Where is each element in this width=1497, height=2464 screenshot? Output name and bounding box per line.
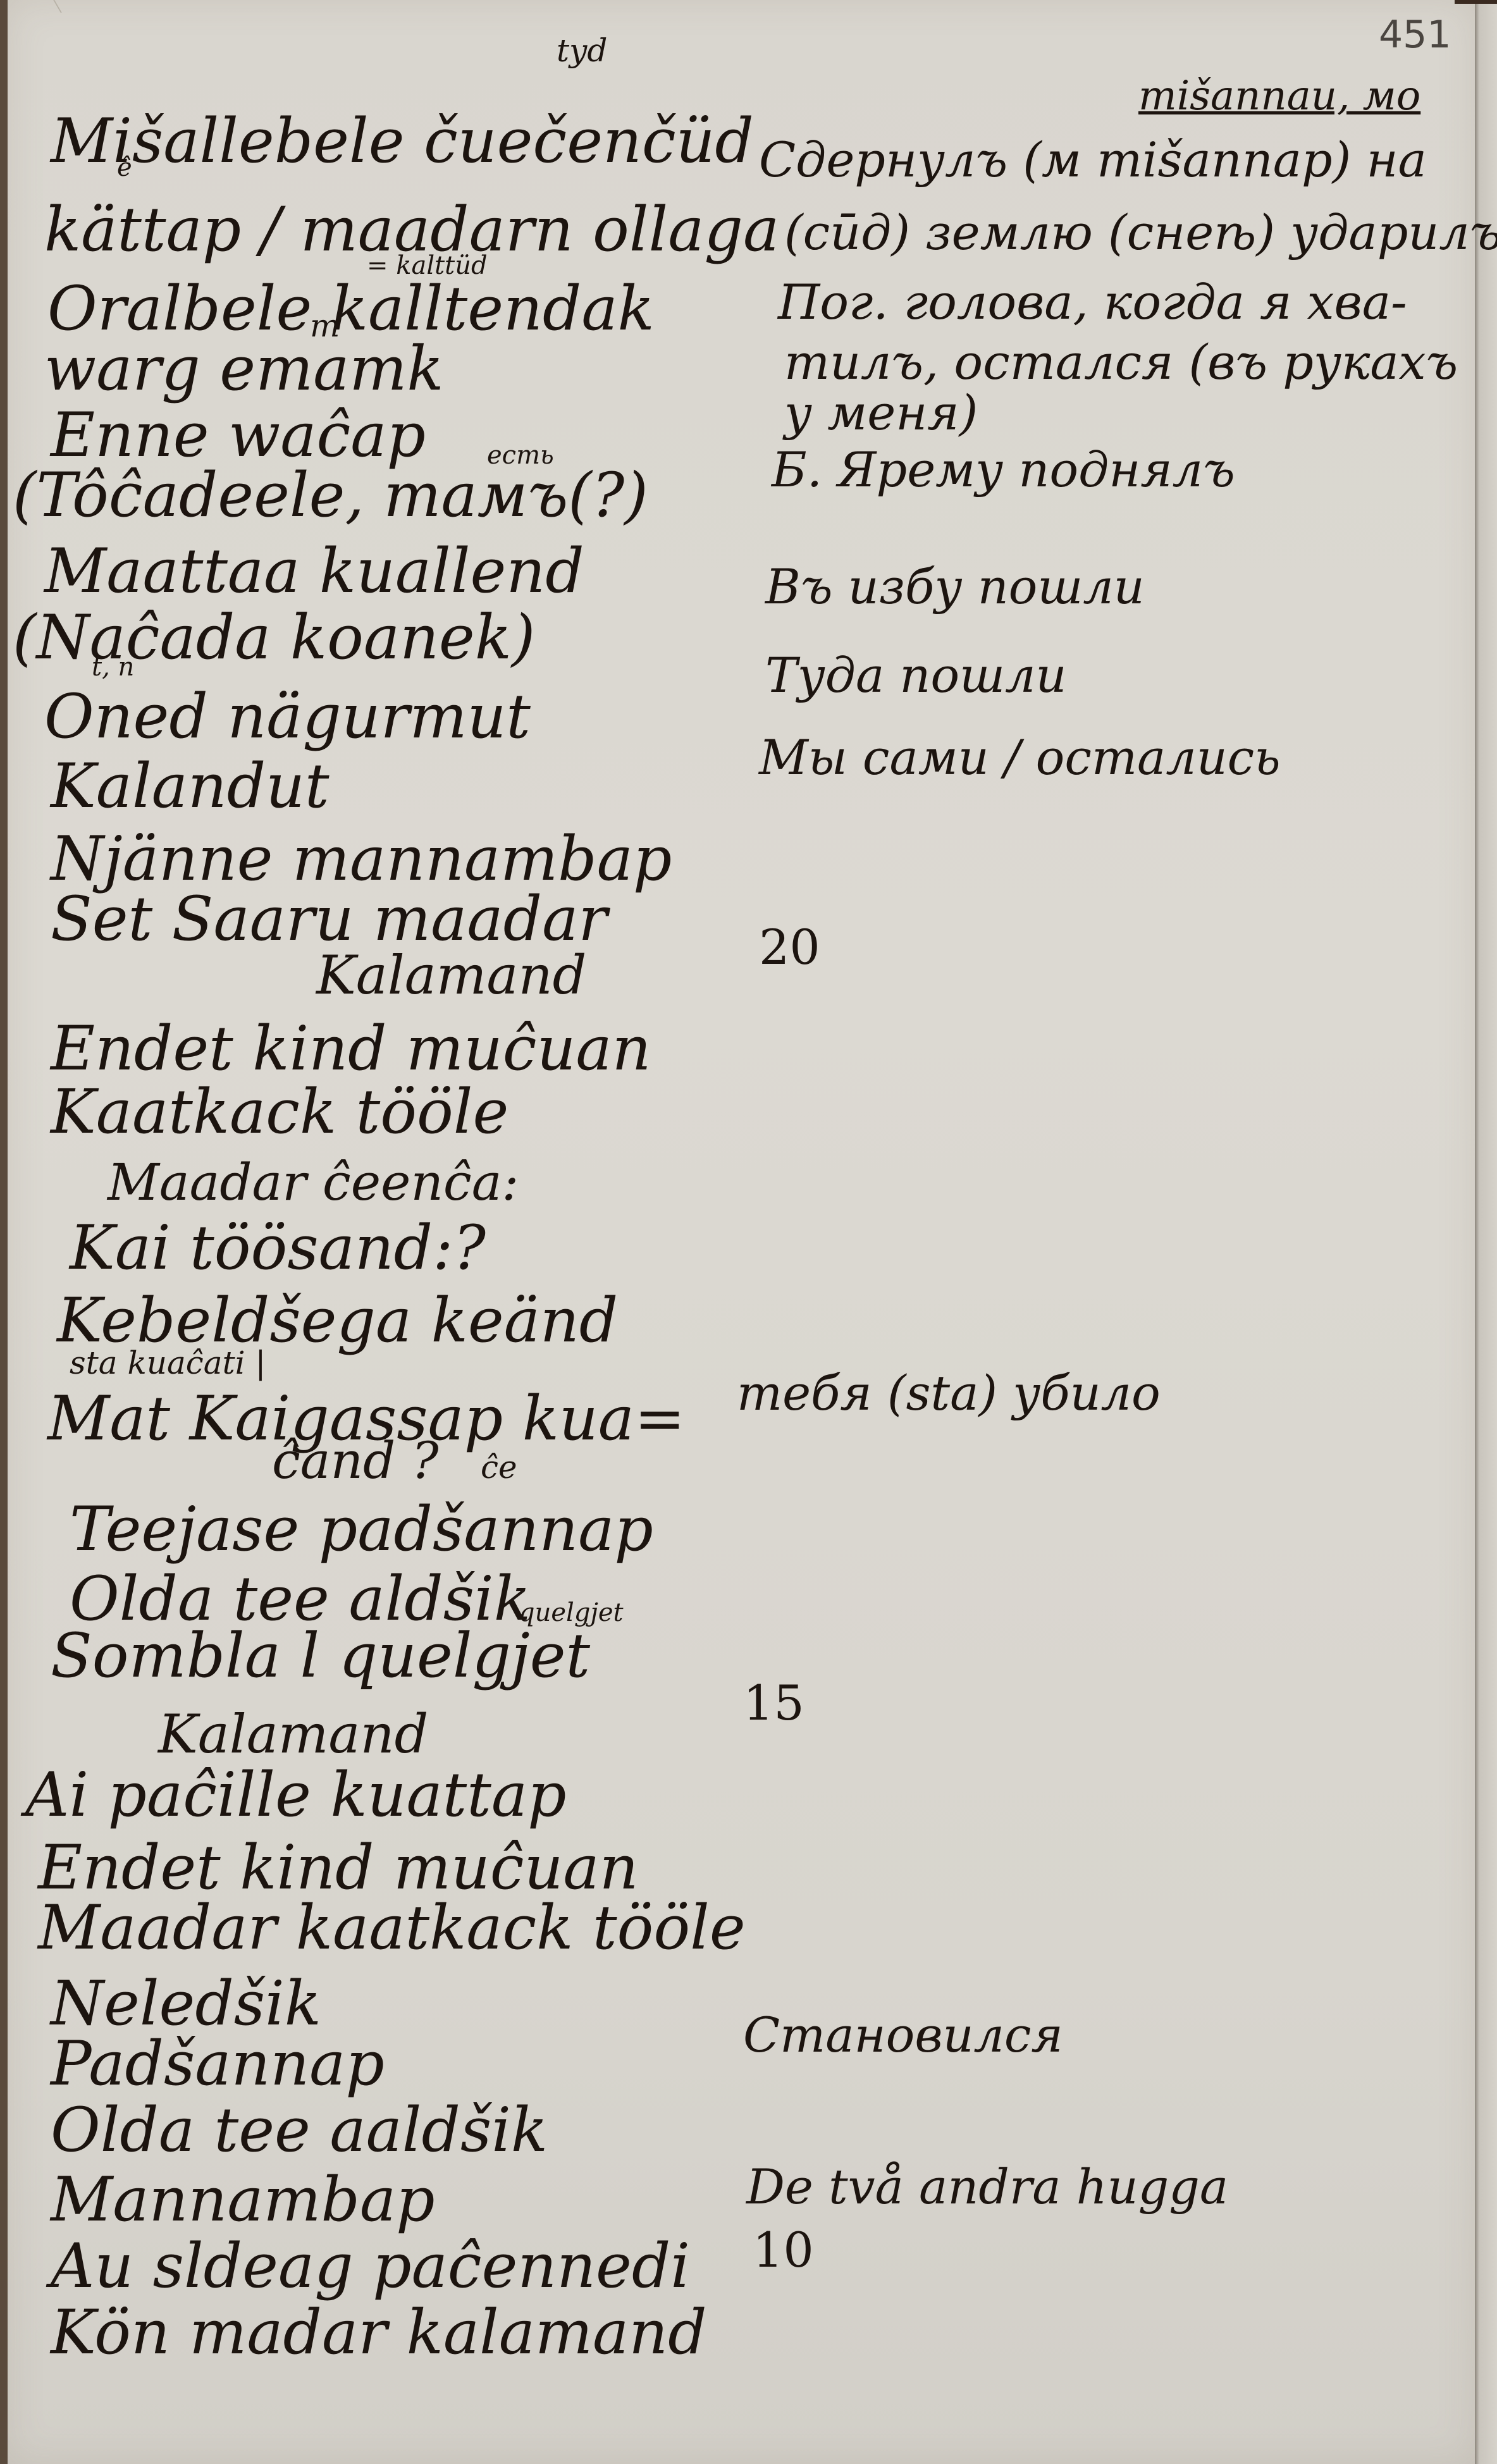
manuscript-line: (Tôĉadeele, тамъ(?) bbox=[13, 465, 648, 526]
manuscript-line: Maadar kaatkack tööle bbox=[38, 1897, 746, 1958]
manuscript-line: Kön madar kalamand bbox=[51, 2302, 707, 2363]
manuscript-line: Olda tee aaldšik bbox=[51, 2100, 548, 2160]
manuscript-line: Mišallebele čuečenčüd bbox=[51, 111, 754, 171]
manuscript-line: Set Saaru maadar bbox=[51, 889, 607, 949]
manuscript-line: Neledšik bbox=[51, 1973, 321, 2034]
gloss-line: Въ избу пошли bbox=[765, 563, 1145, 611]
gloss-line: у меня) bbox=[784, 389, 978, 437]
manuscript-line: Ai paĉille kuattap bbox=[25, 1765, 567, 1825]
gloss-line: De två andra hugga bbox=[746, 2163, 1228, 2211]
interlinear-note: t, n bbox=[92, 655, 134, 680]
manuscript-line: Kalamand bbox=[316, 949, 586, 1002]
manuscript-line: Kaatkack tööle bbox=[51, 1081, 508, 1142]
manuscript-line: Enne waĉap bbox=[51, 405, 426, 465]
gloss-line: Пог. голова, когда я хва- bbox=[778, 278, 1407, 326]
gloss-line: (сӣд) землю (снеѣ) ударилъ bbox=[784, 209, 1497, 257]
gloss-line: Б. Ярему поднялъ bbox=[772, 446, 1235, 494]
manuscript-line: Maadar ĉeenĉa: bbox=[108, 1157, 519, 1208]
manuscript-line: Oralbele kalltendak bbox=[47, 278, 655, 339]
page-number: 451 bbox=[1379, 13, 1451, 57]
line-count-marker: 10 bbox=[753, 2226, 814, 2274]
binding-edge bbox=[1455, 0, 1497, 4]
manuscript-line: Kebeldšega kеänd bbox=[57, 1290, 618, 1351]
manuscript-line: Padšannap bbox=[51, 2033, 385, 2094]
manuscript-line: Endet kind muĉuan bbox=[51, 1018, 651, 1079]
manuscript-line: Njänne mannambap bbox=[51, 829, 672, 889]
gloss-line: тебя (sta) убило bbox=[737, 1369, 1161, 1417]
manuscript-line: Teejase padšannap bbox=[70, 1499, 653, 1560]
manuscript-line: sta kuaĉati | bbox=[70, 1347, 266, 1379]
gloss-line: Туда пошли bbox=[765, 651, 1066, 699]
gloss-line: тилъ, остался (въ рукахъ bbox=[784, 338, 1458, 386]
line-count-marker: 20 bbox=[759, 923, 820, 971]
manuscript-line: Kalandut bbox=[51, 756, 330, 816]
gloss-line: Сдернулъ (м mišannap) на bbox=[759, 136, 1427, 184]
manuscript-line: Au sldeag paĉennedi bbox=[51, 2236, 690, 2296]
manuscript-line: Oned nägurmut bbox=[44, 686, 531, 747]
manuscript-line: warg emamk bbox=[44, 338, 444, 399]
manuscript-line: Kalamand bbox=[158, 1708, 428, 1761]
manuscript-line: Mannambap bbox=[51, 2169, 435, 2230]
manuscript-line: Sombla l quelgjet bbox=[51, 1625, 590, 1686]
gloss-line: Становился bbox=[743, 2011, 1063, 2059]
line-count-marker: 15 bbox=[743, 1679, 804, 1727]
gloss-note: mišannau, мо bbox=[1138, 76, 1420, 116]
interlinear-note: tyd bbox=[557, 35, 607, 66]
manuscript-line: (Naĉada koanek) bbox=[13, 607, 535, 668]
page-edge bbox=[1475, 0, 1497, 2464]
manuscript-line: ĉand ? bbox=[272, 1436, 439, 1486]
manuscript-line: Endet kind muĉuan bbox=[38, 1837, 638, 1898]
gloss-line: Мы сами / остались bbox=[759, 734, 1281, 782]
manuscript-line: Maattaa kuallend bbox=[44, 541, 584, 601]
manuscript-line: Kai töösand:? bbox=[70, 1217, 486, 1278]
interlinear-note: ê bbox=[117, 155, 132, 180]
interlinear-note: ĉe bbox=[481, 1451, 517, 1483]
